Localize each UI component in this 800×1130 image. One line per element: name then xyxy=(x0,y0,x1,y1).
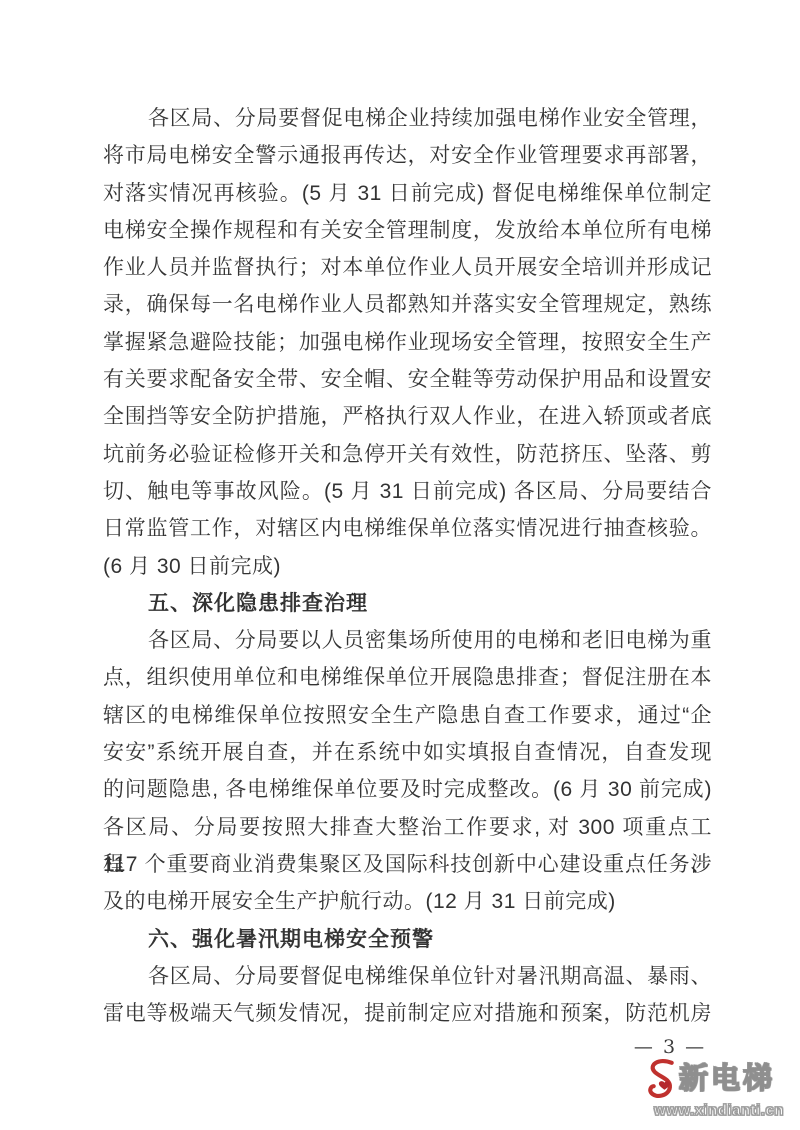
text-line: (6 月 30 日前完成) xyxy=(103,548,712,585)
section-5-heading: 五、深化隐患排查治理 xyxy=(103,585,712,622)
text-line: 各区局、分局要督促电梯企业持续加强电梯作业安全管理， xyxy=(103,100,712,137)
text-line: 各区局、分局要督促电梯维保单位针对暑汛期高温、暴雨、 xyxy=(103,958,712,995)
section-6-heading: 六、强化暑汛期电梯安全预警 xyxy=(103,921,712,958)
text-line: 电梯安全操作规程和有关安全管理制度，发放给本单位所有电梯 xyxy=(103,212,712,249)
text-line: 坑前务必验证检修开关和急停开关有效性，防范挤压、坠落、剪 xyxy=(103,436,712,473)
text-line: 安安”系统开展自查，并在系统中如实填报自查情况，自查发现 xyxy=(103,734,712,771)
text-line: 有关要求配备安全带、安全帽、安全鞋等劳动保护用品和设置安 xyxy=(103,361,712,398)
text-line: 对落实情况再核验。(5 月 31 日前完成) 督促电梯维保单位制定 xyxy=(103,175,712,212)
text-line: 切、触电等事故风险。(5 月 31 日前完成) 各区局、分局要结合 xyxy=(103,473,712,510)
calligraphic-8-icon xyxy=(642,1058,678,1100)
brand-url: www.xindianti.cn xyxy=(642,1103,796,1118)
text-line: 作业人员并监督执行；对本单位作业人员开展安全培训并形成记 xyxy=(103,249,712,286)
text-line: 各区局、分局要按照大排查大整治工作要求, 对 300 项重点工程、 xyxy=(103,809,712,846)
text-line: 将市局电梯安全警示通报再传达，对安全作业管理要求再部署， xyxy=(103,137,712,174)
text-line: 雷电等极端天气频发情况，提前制定应对措施和预案，防范机房 xyxy=(103,995,712,1032)
text-line: 及的电梯开展安全生产护航行动。(12 月 31 日前完成) xyxy=(103,883,712,920)
text-line: 的问题隐患, 各电梯维保单位要及时完成整改。(6 月 30 前完成) xyxy=(103,771,712,808)
brand-logo-row: 新电梯 xyxy=(642,1058,796,1100)
brand-name: 新电梯 xyxy=(679,1065,775,1094)
text-line: 点，组织使用单位和电梯维保单位开展隐患排查；督促注册在本 xyxy=(103,659,712,696)
text-line: 辖区的电梯维保单位按照安全生产隐患自查工作要求，通过“企 xyxy=(103,697,712,734)
text-line: 各区局、分局要以人员密集场所使用的电梯和老旧电梯为重 xyxy=(103,622,712,659)
document-page-text: 各区局、分局要督促电梯企业持续加强电梯作业安全管理， 将市局电梯安全警示通报再传… xyxy=(103,100,712,1032)
brand-logo: 新电梯 www.xindianti.cn xyxy=(642,1058,796,1118)
text-line: 全围挡等安全防护措施，严格执行双人作业，在进入轿顶或者底 xyxy=(103,398,712,435)
text-line: 掌握紧急避险技能；加强电梯作业现场安全管理，按照安全生产 xyxy=(103,324,712,361)
text-line: 录，确保每一名电梯作业人员都熟知并落实安全管理规定，熟练 xyxy=(103,286,712,323)
page-number: — 3 — xyxy=(626,1036,714,1060)
text-line: 日常监管工作，对辖区内电梯维保单位落实情况进行抽查核验。 xyxy=(103,510,712,547)
text-line: 117 个重要商业消费集聚区及国际科技创新中心建设重点任务涉 xyxy=(103,846,712,883)
